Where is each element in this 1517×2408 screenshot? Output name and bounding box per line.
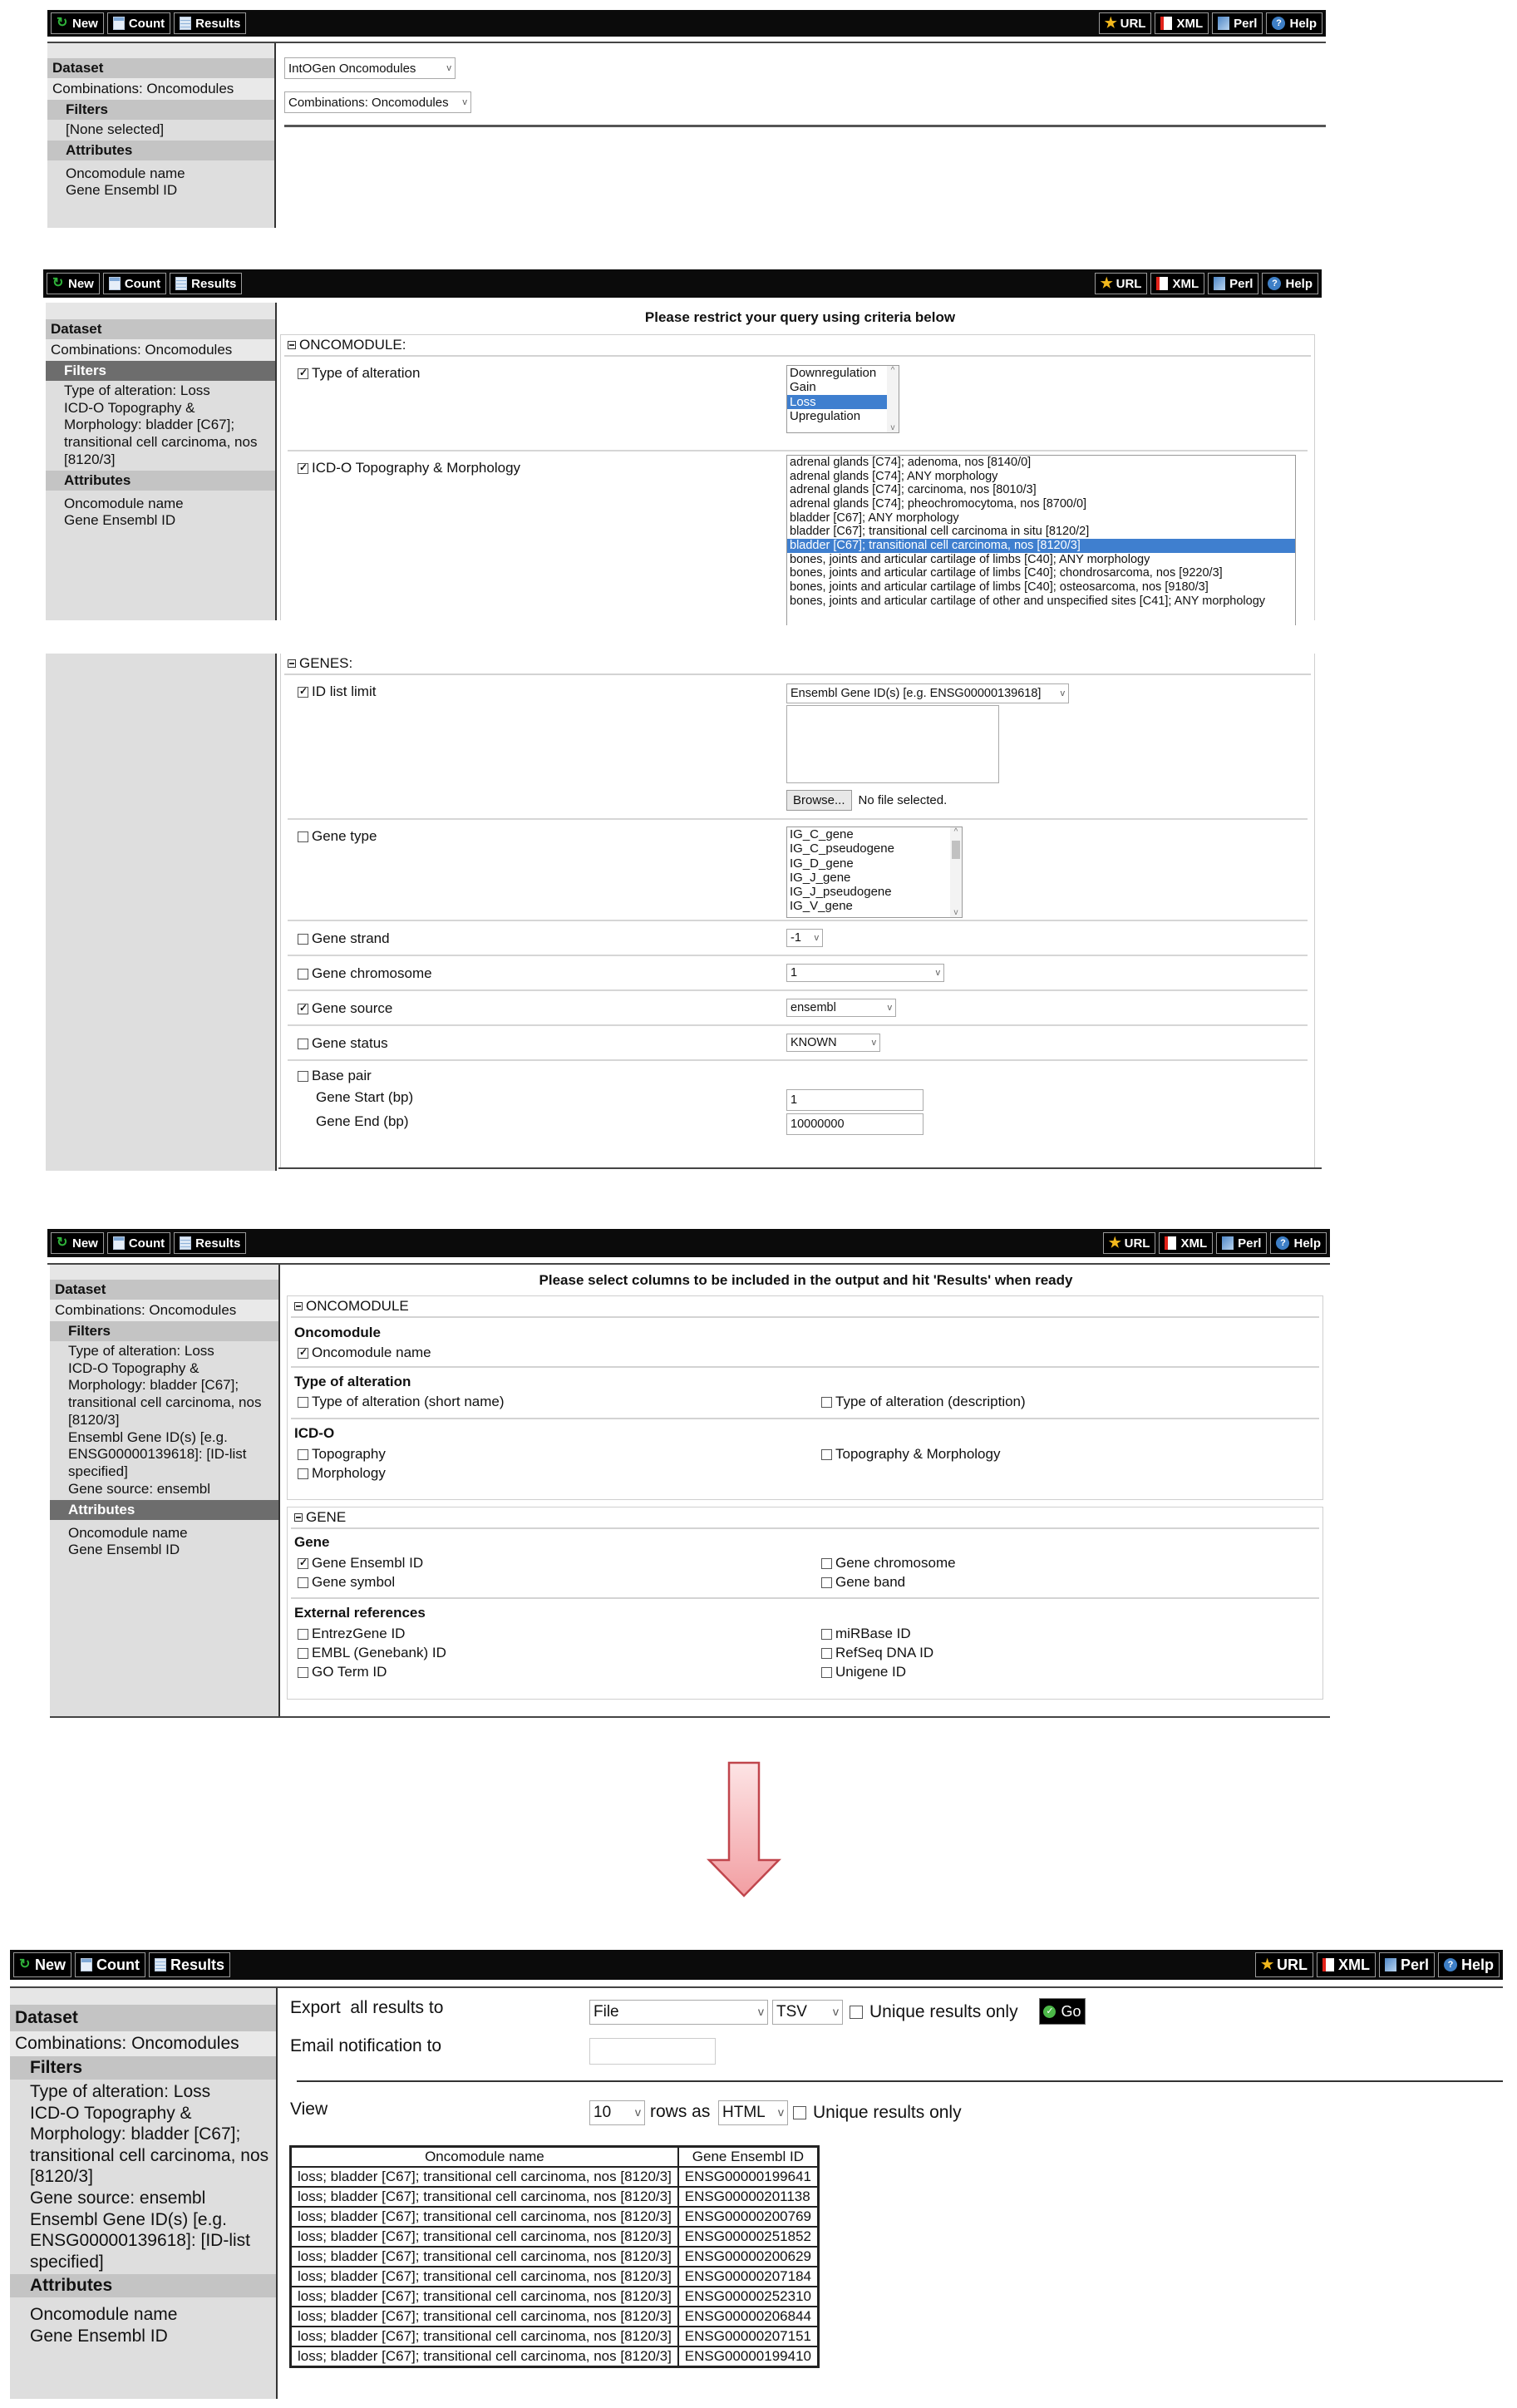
chevron-down-icon: v <box>446 63 451 73</box>
export-unique-checkbox[interactable] <box>850 2006 863 2019</box>
sidebar-filters-heading[interactable]: Filters <box>50 1321 278 1341</box>
sidebar-summary-item: Ensembl Gene ID(s) [e.g. ENSG00000139618… <box>68 1429 275 1481</box>
new-button[interactable]: ↻New <box>13 1952 71 1977</box>
perl-button[interactable]: Perl <box>1216 1232 1267 1254</box>
panel-dataset-selection: ↻NewCountResults ★URLXMLPerl?Help Datase… <box>47 10 1326 228</box>
panel-attributes: ↻NewCountResults ★URLXMLPerl?Help Datase… <box>47 1229 1330 1720</box>
export-unique-toggle[interactable]: Unique results only <box>850 2000 1018 2025</box>
filter-label: ID list limit <box>312 683 376 700</box>
results-button[interactable]: Results <box>149 1952 230 1977</box>
sidebar-attributes-heading[interactable]: Attributes <box>47 141 274 160</box>
group-title-gene: Gene <box>294 1534 330 1551</box>
scroll-thumb[interactable] <box>952 841 960 859</box>
attribute-unigene-id[interactable]: Unigene ID <box>821 1664 906 1680</box>
list-option[interactable]: Gain <box>787 380 887 394</box>
sidebar-attributes-heading[interactable]: Attributes <box>50 1500 278 1520</box>
table-row: loss; bladder [C67]; transitional cell c… <box>291 2247 819 2267</box>
sidebar-filter-summary: [None selected] <box>47 120 274 141</box>
attribute-label: miRBase ID <box>835 1626 911 1642</box>
scroll-up-icon[interactable]: ^ <box>887 366 899 376</box>
toolbar: ↻NewCountResults ★URLXMLPerl?Help <box>43 269 1322 298</box>
type-of-alteration-listbox[interactable]: DownregulationGainLossUpregulation^v <box>786 365 899 433</box>
button-label: URL <box>1125 1236 1150 1251</box>
scroll-down-icon[interactable]: v <box>950 908 962 918</box>
view-format-select[interactable]: HTMLv <box>718 2100 788 2125</box>
xml-button[interactable]: XML <box>1317 1952 1376 1977</box>
email-input[interactable] <box>589 2038 716 2065</box>
button-label: XML <box>1180 1236 1207 1251</box>
collapse-icon <box>294 1513 303 1522</box>
divider <box>291 1366 1319 1368</box>
table-cell: loss; bladder [C67]; transitional cell c… <box>291 2247 678 2267</box>
export-destination-select[interactable]: Filev <box>589 2000 768 2025</box>
attribute-checkbox[interactable] <box>821 1667 832 1678</box>
sidebar-filters-heading[interactable]: Filters <box>47 100 274 120</box>
attribute-checkbox[interactable] <box>298 1667 308 1678</box>
xml-file-icon <box>1156 277 1168 290</box>
sidebar: Dataset Combinations: Oncomodules Filter… <box>47 43 276 228</box>
attribute-refseq-dna-id[interactable]: RefSeq DNA ID <box>821 1645 933 1661</box>
table-cell: loss; bladder [C67]; transitional cell c… <box>291 2307 678 2327</box>
url-button[interactable]: ★URL <box>1095 273 1148 294</box>
filter-row-id-list-limit: ID list limit Ensembl Gene ID(s) [e.g. E… <box>288 678 1308 820</box>
page-heading: Please select columns to be included in … <box>282 1272 1330 1289</box>
divider <box>284 125 1326 127</box>
list-option[interactable]: bones, joints and articular cartilage of… <box>787 553 1295 567</box>
gene-end-input[interactable]: 10000000 <box>786 1113 923 1135</box>
view-unique-toggle[interactable]: Unique results only <box>793 2100 962 2125</box>
help-button[interactable]: ?Help <box>1262 273 1318 294</box>
gene-chromosome-checkbox[interactable] <box>298 969 308 979</box>
chevron-down-icon: v <box>758 2006 764 2019</box>
attribute-gene-band[interactable]: Gene band <box>821 1574 905 1591</box>
attribute-checkbox[interactable] <box>821 1558 832 1569</box>
help-button[interactable]: ?Help <box>1438 1952 1500 1977</box>
list-option[interactable]: IG_J_gene <box>787 871 950 885</box>
attribute-go-term-id[interactable]: GO Term ID <box>298 1664 387 1680</box>
star-icon: ★ <box>1109 1236 1121 1250</box>
button-label: Help <box>1293 1236 1321 1251</box>
gene-status-checkbox[interactable] <box>298 1039 308 1049</box>
section-toggle[interactable]: ONCOMODULE: <box>284 335 1311 357</box>
button-label: Results <box>195 1236 240 1251</box>
gene-source-select[interactable]: ensemblv <box>786 999 896 1017</box>
sidebar-attribute-summary: Oncomodule nameGene Ensembl ID <box>47 160 274 201</box>
attribute-label: Gene chromosome <box>835 1555 956 1572</box>
gene-start-label: Gene Start (bp) <box>316 1089 413 1106</box>
toolbar-left: ↻NewCountResults <box>13 1952 230 1977</box>
help-icon: ? <box>1444 1958 1457 1971</box>
oncomodule-filter-section: ONCOMODULE: Type of alteration Downregul… <box>280 334 1315 620</box>
attribute-label: Type of alteration (description) <box>835 1394 1026 1410</box>
filter-row-gene-type: Gene type IG_C_geneIG_C_pseudogeneIG_D_g… <box>288 822 1308 921</box>
sidebar-filters-heading[interactable]: Filters <box>10 2056 276 2080</box>
toolbar-left: ↻NewCountResults <box>51 1232 246 1254</box>
scrollbar[interactable]: ^v <box>950 827 962 917</box>
attribute-checkbox[interactable] <box>298 1558 308 1569</box>
attribute-gene-chromosome[interactable]: Gene chromosome <box>821 1555 956 1572</box>
button-label: Perl <box>1229 277 1253 291</box>
list-option[interactable]: IG_V_gene <box>787 899 950 913</box>
count-button[interactable]: Count <box>75 1952 145 1977</box>
list-option[interactable]: Upregulation <box>787 409 887 423</box>
button-label: Count <box>129 1236 165 1251</box>
sidebar-attributes-heading[interactable]: Attributes <box>46 471 275 491</box>
button-label: URL <box>1116 277 1142 291</box>
toolbar-right: ★URLXMLPerl?Help <box>1103 1232 1327 1254</box>
view-unique-checkbox[interactable] <box>793 2106 806 2119</box>
filter-row-type-of-alteration: Type of alteration DownregulationGainLos… <box>288 360 1308 451</box>
attribute-checkbox[interactable] <box>821 1629 832 1640</box>
new-button[interactable]: ↻New <box>47 273 100 294</box>
attribute-checkbox[interactable] <box>298 1577 308 1588</box>
attribute-checkbox[interactable] <box>298 1468 308 1479</box>
chevron-down-icon: v <box>833 2006 839 2019</box>
table-cell: ENSG00000200629 <box>678 2247 819 2267</box>
divider <box>50 1716 1330 1718</box>
view-rows-select[interactable]: 10v <box>589 2100 645 2125</box>
sidebar: Dataset Combinations: Oncomodules Filter… <box>46 303 277 620</box>
gene-chromosome-select[interactable]: 1v <box>786 964 944 982</box>
toolbar: ↻NewCountResults ★URLXMLPerl?Help <box>47 1229 1330 1257</box>
table-cell: loss; bladder [C67]; transitional cell c… <box>291 2267 678 2287</box>
chevron-down-icon: v <box>778 2106 784 2119</box>
list-option[interactable]: bones, joints and articular cartilage of… <box>787 595 1295 609</box>
url-button[interactable]: ★URL <box>1103 1232 1156 1254</box>
sidebar-summary-item: Gene Ensembl ID <box>64 512 272 530</box>
list-option[interactable]: IG_C_gene <box>787 827 950 841</box>
chevron-down-icon: v <box>1061 688 1065 698</box>
panel-filters: ↻NewCountResults ★URLXMLPerl?Help Datase… <box>43 269 1322 1169</box>
count-button[interactable]: Count <box>107 1232 170 1254</box>
browse-button[interactable]: Browse... <box>786 790 852 811</box>
chevron-down-icon: v <box>872 1038 876 1048</box>
url-button[interactable]: ★URL <box>1255 1952 1313 1977</box>
button-label: Perl <box>1234 17 1257 31</box>
sidebar-attributes-heading[interactable]: Attributes <box>10 2274 276 2297</box>
table-icon <box>180 1236 191 1250</box>
attribute-checkbox[interactable] <box>821 1397 832 1408</box>
attribute-label: Gene band <box>835 1574 905 1591</box>
list-option[interactable]: bones, joints and articular cartilage of… <box>787 580 1295 595</box>
gene-strand-checkbox[interactable] <box>298 934 308 945</box>
filter-row-base-pair: Base pair Gene Start (bp) Gene End (bp) … <box>288 1063 1308 1162</box>
attribute-gene-ensembl-id[interactable]: Gene Ensembl ID <box>298 1555 423 1572</box>
star-icon: ★ <box>1101 277 1112 290</box>
divider <box>291 1418 1319 1419</box>
column-header: Gene Ensembl ID <box>678 2147 819 2168</box>
type-of-alteration-checkbox[interactable] <box>298 368 308 379</box>
sidebar-filter-summary: Type of alteration: LossICD-O Topography… <box>10 2080 276 2274</box>
list-option[interactable]: IG_C_pseudogene <box>787 841 950 856</box>
sidebar-summary-item: Gene source: ensembl <box>30 2188 273 2209</box>
dataset-select[interactable]: Combinations: Oncomodulesv <box>284 91 471 113</box>
toolbar-right: ★URLXMLPerl?Help <box>1099 12 1322 34</box>
attribute-label: EntrezGene ID <box>312 1626 405 1642</box>
id-list-type-select[interactable]: Ensembl Gene ID(s) [e.g. ENSG00000139618… <box>786 683 1069 703</box>
count-button[interactable]: Count <box>103 273 166 294</box>
section-toggle[interactable]: ONCOMODULE <box>291 1296 1319 1318</box>
list-option[interactable]: bladder [C67]; transitional cell carcino… <box>787 539 1295 553</box>
table-row: loss; bladder [C67]; transitional cell c… <box>291 2187 819 2207</box>
button-label: Help <box>1461 1956 1494 1974</box>
scroll-up-icon[interactable]: ^ <box>950 827 962 837</box>
table-row: loss; bladder [C67]; transitional cell c… <box>291 2287 819 2307</box>
list-option[interactable]: bladder [C67]; transitional cell carcino… <box>787 525 1295 539</box>
sidebar-summary-item: Type of alteration: Loss <box>64 382 272 400</box>
list-option[interactable]: bones, joints and articular cartilage of… <box>787 566 1295 580</box>
id-list-limit-checkbox[interactable] <box>298 687 308 698</box>
sidebar-summary-item: Type of alteration: Loss <box>68 1343 275 1360</box>
gene-status-select[interactable]: KNOWNv <box>786 1034 880 1052</box>
list-option[interactable]: adrenal glands [C74]; adenoma, nos [8140… <box>787 456 1295 470</box>
perl-script-icon <box>1214 277 1225 290</box>
gene-strand-select[interactable]: -1v <box>786 929 823 947</box>
gene-type-listbox[interactable]: IG_C_geneIG_C_pseudogeneIG_D_geneIG_J_ge… <box>786 827 963 918</box>
list-option[interactable]: adrenal glands [C74]; carcinoma, nos [80… <box>787 483 1295 497</box>
attribute-checkbox[interactable] <box>298 1397 308 1408</box>
list-option[interactable]: Downregulation <box>787 366 887 380</box>
attribute-checkbox[interactable] <box>821 1577 832 1588</box>
sidebar-attribute-summary: Oncomodule nameGene Ensembl ID <box>46 491 275 531</box>
calculator-icon <box>113 1236 125 1250</box>
file-upload: Browse... No file selected. <box>786 790 947 811</box>
panel-results: ↻NewCountResults ★URLXMLPerl?Help Datase… <box>10 1950 1503 2399</box>
database-select[interactable]: IntOGen Oncomodulesv <box>284 57 456 79</box>
sidebar-dataset-heading[interactable]: Dataset <box>10 2005 276 2031</box>
id-list-textarea[interactable] <box>786 705 999 783</box>
sidebar-summary-item: Type of alteration: Loss <box>30 2081 273 2103</box>
toolbar: ↻NewCountResults ★URLXMLPerl?Help <box>10 1950 1503 1980</box>
table-icon <box>175 277 187 290</box>
list-option[interactable]: adrenal glands [C74]; ANY morphology <box>787 470 1295 484</box>
attribute-label: Unigene ID <box>835 1664 906 1680</box>
attribute-oncomodule-name[interactable]: Oncomodule name <box>298 1345 431 1361</box>
button-label: Count <box>129 17 165 31</box>
button-label: New <box>35 1956 66 1974</box>
help-button[interactable]: ?Help <box>1270 1232 1327 1254</box>
sidebar-summary-item: Ensembl Gene ID(s) [e.g. ENSG00000139618… <box>30 2209 273 2273</box>
list-option[interactable]: adrenal glands [C74]; pheochromocytoma, … <box>787 497 1295 511</box>
filter-row-gene-status: Gene status KNOWNv <box>288 1028 1308 1061</box>
icdo-checkbox[interactable] <box>298 463 308 474</box>
refresh-icon: ↻ <box>57 1236 68 1250</box>
attribute-checkbox[interactable] <box>821 1648 832 1659</box>
filter-label: Gene status <box>312 1035 388 1052</box>
attribute-checkbox[interactable] <box>821 1449 832 1460</box>
sidebar-summary-item: Gene Ensembl ID <box>68 1542 275 1559</box>
sidebar-dataset-heading[interactable]: Dataset <box>50 1280 278 1300</box>
attribute-label: EMBL (Genebank) ID <box>312 1645 446 1661</box>
file-status: No file selected. <box>859 793 948 807</box>
sidebar-summary-item: Gene Ensembl ID <box>66 182 271 200</box>
attribute-topography-morphology[interactable]: Topography & Morphology <box>821 1446 1000 1463</box>
sidebar-dataset-value[interactable]: Combinations: Oncomodules <box>10 2031 276 2056</box>
export-label: Export all results to <box>290 1998 443 2018</box>
attribute-checkbox[interactable] <box>298 1348 308 1359</box>
table-row: loss; bladder [C67]; transitional cell c… <box>291 2327 819 2346</box>
results-button[interactable]: Results <box>170 273 242 294</box>
attribute-entrezgene-id[interactable]: EntrezGene ID <box>298 1626 405 1642</box>
xml-button[interactable]: XML <box>1155 12 1209 34</box>
sidebar-filters-heading[interactable]: Filters <box>46 361 275 381</box>
attribute-embl-id[interactable]: EMBL (Genebank) ID <box>298 1645 446 1661</box>
table-row: loss; bladder [C67]; transitional cell c… <box>291 2346 819 2367</box>
rows-as-label: rows as <box>650 2102 710 2122</box>
perl-button[interactable]: Perl <box>1208 273 1258 294</box>
new-button[interactable]: ↻New <box>51 1232 104 1254</box>
check-circle-icon: ✓ <box>1043 2006 1056 2018</box>
filter-label: Gene type <box>312 828 377 845</box>
button-label: Results <box>195 17 240 31</box>
help-button[interactable]: ?Help <box>1266 12 1322 34</box>
count-button[interactable]: Count <box>107 12 170 34</box>
perl-script-icon <box>1385 1958 1396 1971</box>
table-cell: loss; bladder [C67]; transitional cell c… <box>291 2207 678 2227</box>
go-button[interactable]: ✓Go <box>1039 1998 1086 2025</box>
list-option[interactable]: IG_J_pseudogene <box>787 885 950 899</box>
attribute-topography[interactable]: Topography <box>298 1446 386 1463</box>
perl-button[interactable]: Perl <box>1379 1952 1435 1977</box>
table-cell: ENSG00000201138 <box>678 2187 819 2207</box>
button-label: XML <box>1338 1956 1370 1974</box>
xml-button[interactable]: XML <box>1159 1232 1213 1254</box>
star-icon: ★ <box>1105 17 1116 30</box>
table-cell: ENSG00000206844 <box>678 2307 819 2327</box>
attribute-alteration-short-name[interactable]: Type of alteration (short name) <box>298 1394 505 1410</box>
calculator-icon <box>113 17 125 30</box>
oncomodule-attribute-section: ONCOMODULE Oncomodule Oncomodule name Ty… <box>287 1295 1323 1500</box>
sidebar-summary-item: Oncomodule name <box>30 2304 273 2326</box>
attribute-mirbase-id[interactable]: miRBase ID <box>821 1626 911 1642</box>
attribute-label: Morphology <box>312 1465 386 1482</box>
email-label: Email notification to <box>290 2036 441 2056</box>
sidebar-summary-item: [None selected] <box>66 121 271 139</box>
table-header-row: Oncomodule nameGene Ensembl ID <box>291 2147 819 2168</box>
sidebar-summary-item: Gene Ensembl ID <box>30 2326 273 2347</box>
button-label: URL <box>1121 17 1146 31</box>
toolbar-left: ↻NewCountResults <box>51 12 246 34</box>
genes-filter-section: GENES: ID list limit Ensembl Gene ID(s) … <box>280 654 1315 1169</box>
xml-button[interactable]: XML <box>1150 273 1204 294</box>
attribute-label: Topography <box>312 1446 386 1463</box>
attribute-alteration-description[interactable]: Type of alteration (description) <box>821 1394 1026 1410</box>
xml-file-icon <box>1160 17 1172 30</box>
attribute-gene-symbol[interactable]: Gene symbol <box>298 1574 395 1591</box>
sidebar-filter-summary: Type of alteration: LossICD-O Topography… <box>50 1341 278 1500</box>
results-table: Oncomodule nameGene Ensembl ID loss; bla… <box>289 2145 820 2368</box>
chevron-down-icon: v <box>888 1003 892 1013</box>
table-row: loss; bladder [C67]; transitional cell c… <box>291 2207 819 2227</box>
button-label: New <box>72 1236 98 1251</box>
sidebar-summary-item: ICD-O Topography & Morphology: bladder [… <box>64 400 272 469</box>
attribute-checkbox[interactable] <box>298 1648 308 1659</box>
table-row: loss; bladder [C67]; transitional cell c… <box>291 2267 819 2287</box>
chevron-down-icon: v <box>815 933 819 943</box>
table-cell: ENSG00000199410 <box>678 2346 819 2367</box>
button-label: URL <box>1277 1956 1308 1974</box>
button-label: XML <box>1172 277 1199 291</box>
gene-source-checkbox[interactable] <box>298 1004 308 1014</box>
attribute-checkbox[interactable] <box>298 1449 308 1460</box>
help-icon: ? <box>1272 17 1285 30</box>
icdo-listbox[interactable]: adrenal glands [C74]; adenoma, nos [8140… <box>786 455 1296 625</box>
filter-row-icdo: ICD-O Topography & Morphology adrenal gl… <box>288 453 1308 628</box>
table-cell: loss; bladder [C67]; transitional cell c… <box>291 2287 678 2307</box>
perl-script-icon <box>1218 17 1229 30</box>
gene-end-label: Gene End (bp) <box>316 1113 409 1130</box>
new-button[interactable]: ↻New <box>51 12 104 34</box>
table-cell: loss; bladder [C67]; transitional cell c… <box>291 2167 678 2187</box>
attribute-morphology[interactable]: Morphology <box>298 1465 386 1482</box>
view-label: View <box>290 2100 328 2119</box>
sidebar: Dataset Combinations: Oncomodules Filter… <box>10 1988 278 2399</box>
button-label: Results <box>191 277 236 291</box>
sidebar-dataset-value[interactable]: Combinations: Oncomodules <box>50 1300 278 1321</box>
sidebar-summary-item: ICD-O Topography & Morphology: bladder [… <box>68 1360 275 1429</box>
list-option[interactable]: IG_D_gene <box>787 856 950 871</box>
toolbar: ↻NewCountResults ★URLXMLPerl?Help <box>47 10 1326 37</box>
scroll-down-icon[interactable]: v <box>887 423 899 433</box>
filter-row-gene-source: Gene source ensemblv <box>288 993 1308 1026</box>
sidebar-attribute-summary: Oncomodule nameGene Ensembl ID <box>10 2297 276 2348</box>
section-toggle[interactable]: GENES: <box>284 654 1311 675</box>
gene-type-checkbox[interactable] <box>298 831 308 842</box>
filter-row-gene-strand: Gene strand -1v <box>288 923 1308 956</box>
list-option[interactable]: bladder [C67]; ANY morphology <box>787 511 1295 526</box>
section-toggle[interactable]: GENE <box>291 1507 1319 1529</box>
refresh-icon: ↻ <box>57 17 68 30</box>
base-pair-checkbox[interactable] <box>298 1071 308 1082</box>
results-table-container: Oncomodule nameGene Ensembl ID loss; bla… <box>289 2145 820 2368</box>
list-option[interactable]: Loss <box>787 395 887 409</box>
toolbar-right: ★URLXMLPerl?Help <box>1255 1952 1500 1977</box>
url-button[interactable]: ★URL <box>1099 12 1152 34</box>
chevron-down-icon: v <box>936 968 940 978</box>
divider <box>291 1597 1319 1599</box>
collapse-icon <box>288 659 296 668</box>
sidebar-dataset-value[interactable]: Combinations: Oncomodules <box>46 339 275 361</box>
help-icon: ? <box>1276 1236 1289 1250</box>
sidebar-attribute-summary: Oncomodule nameGene Ensembl ID <box>50 1520 278 1561</box>
sidebar-dataset-heading[interactable]: Dataset <box>47 58 274 78</box>
button-label: Count <box>96 1956 140 1974</box>
sidebar-dataset-value[interactable]: Combinations: Oncomodules <box>47 78 274 100</box>
perl-button[interactable]: Perl <box>1212 12 1263 34</box>
results-button[interactable]: Results <box>174 1232 246 1254</box>
chevron-down-icon: v <box>635 2106 641 2119</box>
sidebar-dataset-heading[interactable]: Dataset <box>46 319 275 339</box>
results-button[interactable]: Results <box>174 12 246 34</box>
table-row: loss; bladder [C67]; transitional cell c… <box>291 2227 819 2247</box>
gene-start-input[interactable]: 1 <box>786 1089 923 1111</box>
calculator-icon <box>109 277 121 290</box>
filter-label: Base pair <box>312 1068 372 1084</box>
button-label: Count <box>125 277 160 291</box>
filter-label: Gene chromosome <box>312 965 432 982</box>
export-format-select[interactable]: TSVv <box>772 2000 843 2025</box>
table-cell: loss; bladder [C67]; transitional cell c… <box>291 2227 678 2247</box>
sidebar-filter-summary: Type of alteration: LossICD-O Topography… <box>46 381 275 471</box>
button-label: Help <box>1285 277 1313 291</box>
filter-label: ICD-O Topography & Morphology <box>312 460 520 476</box>
attribute-checkbox[interactable] <box>298 1629 308 1640</box>
xml-file-icon <box>1165 1236 1176 1250</box>
attribute-label: Gene Ensembl ID <box>312 1555 423 1572</box>
table-cell: loss; bladder [C67]; transitional cell c… <box>291 2187 678 2207</box>
scrollbar[interactable]: ^v <box>887 366 899 432</box>
attribute-label: Oncomodule name <box>312 1345 431 1361</box>
